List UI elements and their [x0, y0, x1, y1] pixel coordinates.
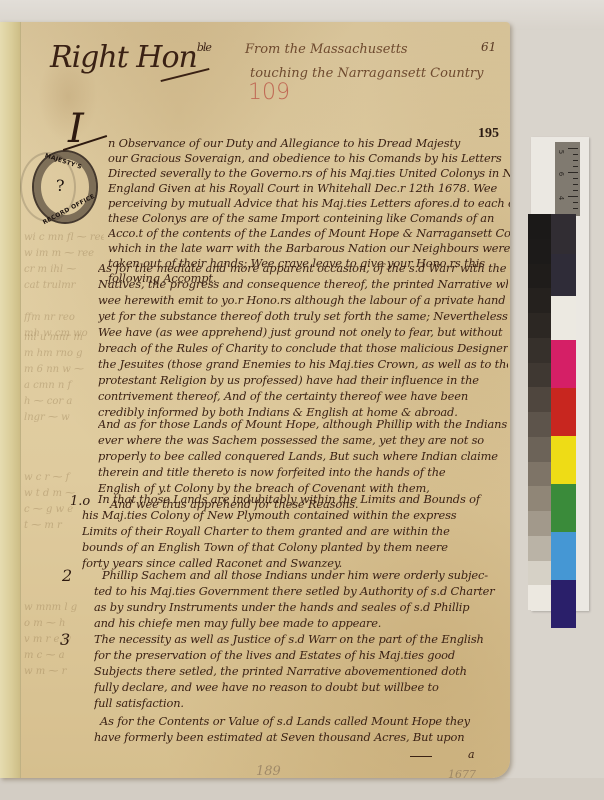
stamp-top-text: MAJESTY'S [44, 152, 83, 171]
color-patch [551, 436, 576, 484]
gray-patch [528, 338, 553, 363]
color-patch-strip [551, 214, 576, 628]
gray-patch [528, 214, 553, 239]
ruler-label: 4 [557, 196, 565, 200]
gray-patch [528, 585, 553, 610]
old-folio-number: 61 [481, 40, 496, 54]
catchword: a [468, 748, 475, 761]
show-through-text: ml u mnr mm hm rno gm 6 nn w ⁓a cmn n fh… [24, 330, 104, 426]
salutation-text: Right Hon [50, 40, 197, 75]
color-patch [551, 388, 576, 436]
gray-patch [528, 561, 553, 586]
gray-patch [528, 363, 553, 388]
gray-patch [528, 511, 553, 536]
salutation-superscript: ble [197, 41, 211, 54]
ruler-label: 6 [557, 172, 565, 176]
gray-patch [528, 462, 553, 487]
color-patch [551, 254, 576, 296]
gray-patch [528, 313, 553, 338]
gray-patch [528, 536, 553, 561]
color-patch [551, 340, 576, 388]
photo-backdrop-bottom [0, 778, 604, 800]
pencil-folio-bottom: 189 [256, 764, 281, 779]
text-line: have formerly been estimated at Seven th… [94, 728, 508, 746]
paragraph-reason-2: Phillip Sachem and all those Indians und… [94, 566, 508, 632]
red-folio-number: 109 [248, 80, 290, 105]
gray-patch [528, 486, 553, 511]
gray-patch [528, 387, 553, 412]
catchword-rule [410, 756, 432, 757]
pencil-date-bottom: 1677 [448, 768, 476, 781]
color-patch [551, 580, 576, 628]
crown-icon: ? [56, 176, 65, 195]
endorsement-line-1: From the Massachusetts [245, 42, 408, 57]
binding-edge [0, 22, 21, 778]
paragraph-reason-3: The necessity as well as Justice of s.d … [94, 630, 508, 712]
gray-patch [528, 239, 553, 264]
text-line: full satisfaction. [94, 694, 508, 712]
ruler-label: 5 [557, 150, 565, 154]
salutation: Right Honble [50, 40, 211, 75]
endorsement-line-2: touching the Narragansett Country [250, 66, 483, 81]
reason-number-3: 3 [60, 630, 70, 649]
gray-patch [528, 412, 553, 437]
color-patch [551, 484, 576, 532]
record-office-stamp: MAJESTY'S ? RECORD OFFICE [32, 150, 98, 224]
color-patch [551, 296, 576, 340]
paragraph-contents: As for the Contents or Value of s.d Land… [94, 712, 508, 746]
reason-number-2: 2 [62, 566, 72, 585]
grayscale-strip [528, 214, 553, 610]
gray-patch [528, 288, 553, 313]
paragraph-occasion: As for the mediate and more apparent occ… [98, 259, 508, 421]
gray-patch [528, 264, 553, 289]
paragraph-reason-1: In that those Lands are indubitably with… [82, 490, 508, 572]
gray-patch [528, 437, 553, 462]
color-patch [551, 532, 576, 580]
scale-ruler: 5 6 4 [555, 142, 580, 216]
show-through-text: wi c mn fl ⁓ reew im m ⁓ reecr m ihl ⁓ca… [24, 230, 104, 342]
color-patch [551, 214, 576, 254]
